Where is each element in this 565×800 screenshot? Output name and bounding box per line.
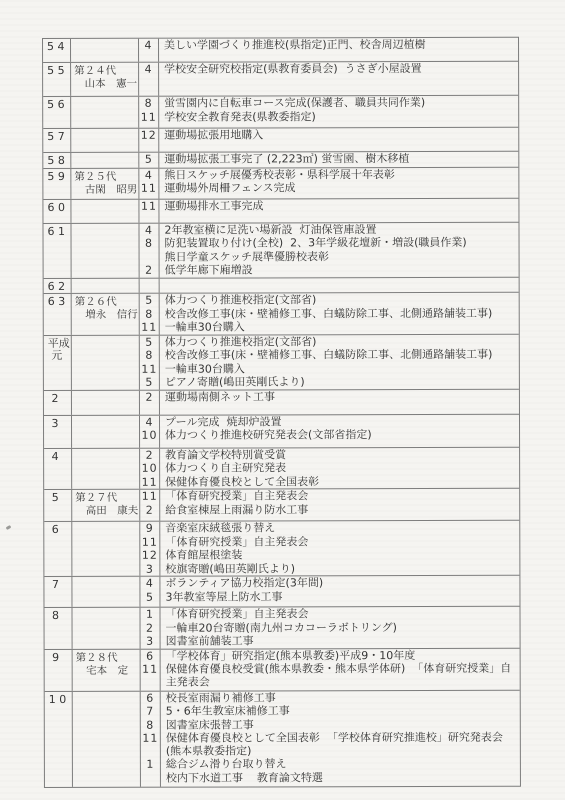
principal-cell: 第２７代 高田 康夫 (72, 490, 140, 521)
history-row: 42教育論文学校特別賞受賞10体力つくり自主研究発表11保健体育優良校として全国… (44, 447, 519, 490)
month-cell: 8 (140, 307, 159, 321)
month-cell: 7 (141, 705, 160, 719)
principal-cell: 第２４代 山本 憲一 (71, 63, 139, 96)
event-text: 運動場排水工事完成 (158, 198, 518, 212)
event-text: 熊日学童スケッチ展準優勝校表彰 (159, 249, 519, 263)
month-cell: 8 (139, 97, 158, 111)
history-row: 5 44美しい学園づくり推進校(県指定)正門、校舎周辺植樹 (43, 38, 518, 63)
month-cell: 4 (139, 39, 158, 53)
event-text: 「体育研究授業」自主発表会 (159, 534, 519, 548)
event-text: 防犯装置取り付け(全校) 2、3年学級花壇新・増設(職員作業) (159, 236, 519, 250)
history-row: 5 5第２４代 山本 憲一4学校安全研究校指定(県教育委員会) うさぎ小屋設置 (43, 62, 518, 97)
month-cell: 2 (140, 448, 159, 462)
principal-cell (71, 39, 139, 62)
event-text: 校舎改修工事(床・壁補修工事、白蟻防除工事、北側通路舗装工事) (159, 348, 519, 362)
event-text: 「体育研究授業」自主発表会 (159, 607, 519, 621)
principal-cell (72, 608, 140, 649)
entries-cell: 4プール完成 焼却炉設置10体力つくり推進校研究発表会(文部省指定) (140, 414, 519, 447)
month-cell: 11 (140, 321, 159, 335)
principal-cell: 第２８代 宅本 定 (73, 649, 141, 690)
year-cell: 5 6 (43, 97, 71, 128)
year-cell: 6 1 (43, 223, 71, 277)
event-text: 保健体育優良校受賞(熊本県教委・熊本県学体研) 「体育研究授業」自主発表会 (160, 662, 520, 689)
event-text: 保健体育優良校として全国表彰 「学校体育研究推進校」研究発表会(熊本県教委指定) (160, 731, 520, 758)
history-row: 5第２７代 高田 康夫11「体育研究授業」自主発表会2給食室棟屋上雨漏り防水工事 (44, 489, 519, 522)
entries-cell: 6校長室雨漏り補修工事75・6年生教室床補修工事8図書室床張替工事11保健体育優… (141, 690, 520, 786)
history-row: 9第２８代 宅本 定6「学校体育」研究指定(熊本県教委)平成9・10年度11保健… (45, 648, 520, 691)
history-row: 34プール完成 焼却炉設置10体力つくり推進校研究発表会(文部省指定) (44, 414, 519, 448)
year-cell: 4 (44, 448, 72, 489)
history-row: 74ボランティア協力校指定(3年間)53年教室等屋上防水工事 (44, 576, 519, 608)
principal-cell (72, 335, 140, 389)
entries-cell: 5体力つくり推進校指定(文部省)8校舎改修工事(床・壁補修工事、白蟻防除工事、北… (140, 293, 519, 334)
entries-cell: 4ボランティア協力校指定(3年間)53年教室等屋上防水工事 (140, 576, 519, 607)
entries-cell: 4美しい学園づくり推進校(県指定)正門、校舎周辺植樹 (139, 38, 518, 62)
year-cell: 2 (44, 390, 72, 414)
month-cell: 11 (141, 663, 160, 689)
history-row: 6 142年教室横に足洗い場新設 灯油保管庫設置8防犯装置取り付け(全校) 2、… (43, 222, 518, 278)
entries-cell: 5運動場拡張工事完了 (2,223㎡) 蛍雪園、樹木移植 (139, 152, 518, 167)
month-cell: 11 (139, 182, 158, 196)
year-cell: 6 3 (44, 294, 72, 335)
event-text: 音楽室床絨毯張り替え (159, 521, 519, 535)
year-cell: 6 2 (44, 278, 72, 293)
entries-cell: 2教育論文学校特別賞受賞10体力つくり自主研究発表11保健体育優良校として全国表… (140, 447, 519, 488)
year-cell: 5 8 (43, 153, 71, 168)
principal-cell (71, 129, 139, 152)
event-text: 3年教室等屋上防水工事 (159, 589, 519, 603)
event-text: 一輪車30台購入 (159, 361, 519, 375)
event-text: 学校安全教育発表(県教委指定) (158, 109, 518, 123)
scanned-page: 5 44美しい学園づくり推進校(県指定)正門、校舎周辺植樹5 5第２４代 山本 … (0, 0, 565, 800)
entries-cell: 11運動場排水工事完成 (139, 198, 518, 222)
principal-cell (72, 448, 140, 489)
month-cell: 3 (141, 635, 160, 649)
event-text: 校長室雨漏り補修工事 (160, 690, 520, 704)
event-text: 体力つくり推進校指定(文部省) (159, 293, 519, 307)
month-cell: 2 (141, 621, 160, 635)
month-cell: 2 (140, 390, 159, 404)
entries-cell: 5体力つくり推進校指定(文部省)8校舎改修工事(床・壁補修工事、白蟻防除工事、北… (140, 334, 519, 389)
month-cell: 11 (140, 475, 159, 489)
month-cell: 8 (141, 718, 160, 732)
history-row: 22運動場南側ネット工事 (44, 389, 519, 415)
principal-cell (71, 153, 139, 168)
month-cell: 4 (140, 577, 159, 591)
month-cell: 6 (141, 649, 160, 663)
event-text: 体力つくり自主研究発表 (159, 461, 519, 475)
month-cell: 5 (140, 376, 159, 390)
month-cell: 11 (141, 732, 160, 758)
history-row: 5 85運動場拡張工事完了 (2,223㎡) 蛍雪園、樹木移植 (43, 152, 518, 169)
month-cell: 11 (139, 110, 158, 124)
event-text: 運動場拡張工事完了 (2,223㎡) 蛍雪園、樹木移植 (158, 152, 518, 166)
month-cell: 10 (140, 462, 159, 476)
month-cell: 10 (140, 429, 159, 443)
month-cell: 11 (140, 490, 159, 504)
event-text: 5・6年生教室床補修工事 (160, 704, 520, 718)
entries-cell: 4学校安全研究校指定(県教育委員会) うさぎ小屋設置 (139, 62, 518, 96)
event-text: ボランティア協力校指定(3年間) (159, 576, 519, 590)
month-cell: 5 (140, 590, 159, 604)
month-cell: 1 (141, 758, 160, 772)
principal-cell (72, 577, 140, 607)
month-cell (140, 250, 159, 264)
entries-cell: 11「体育研究授業」自主発表会2給食室棟屋上雨漏り防水工事 (140, 489, 519, 521)
month-cell: 4 (139, 223, 158, 237)
event-text: 低学年廊下廂増設 (159, 263, 519, 277)
history-row: 6 011運動場排水工事完成 (43, 198, 518, 223)
entries-cell: 2運動場南側ネット工事 (140, 389, 519, 414)
month-cell: 11 (140, 535, 159, 549)
event-text: 図書室前舗装工事 (160, 634, 520, 648)
year-cell: 7 (44, 577, 72, 607)
event-text: 校旗寄贈(嶋田英剛氏より) (159, 561, 519, 575)
year-cell: 5 9 (43, 168, 71, 198)
entries-cell: 8蛍雪園内に自転車コース完成(保護者、職員共同作業)11学校安全教育発表(県教委… (139, 96, 518, 128)
month-cell: 12 (139, 129, 158, 143)
month-cell: 4 (139, 63, 158, 77)
event-text: 運動場外周柵フェンス完成 (158, 181, 518, 195)
event-text: ピアノ寄贈(嶋田英剛氏より) (159, 375, 519, 389)
year-cell: 5 4 (43, 39, 71, 62)
scan-speck (6, 525, 12, 530)
history-row: 5 68蛍雪園内に自転車コース完成(保護者、職員共同作業)11学校安全教育発表(… (43, 96, 518, 129)
event-text: 一輪車30台購入 (159, 320, 519, 334)
history-row: 1 06校長室雨漏り補修工事75・6年生教室床補修工事8図書室床張替工事11保健… (45, 690, 520, 786)
event-text: プール完成 焼却炉設置 (159, 414, 519, 428)
principal-cell (72, 522, 140, 576)
event-text: 「体育研究授業」自主発表会 (159, 489, 519, 503)
year-cell: 1 0 (45, 691, 73, 786)
year-cell: 3 (44, 415, 72, 447)
event-text: 2年教室横に足洗い場新設 灯油保管庫設置 (158, 222, 518, 236)
principal-cell (72, 390, 140, 414)
month-cell: 1 (140, 608, 159, 622)
event-text: 保健体育優良校として全国表彰 (159, 474, 519, 488)
event-text: 体育館屋根塗装 (159, 548, 519, 562)
entries-cell: 9音楽室床絨毯張り替え11「体育研究授業」自主発表会12体育館屋根塗装3校旗寄贈… (140, 521, 519, 576)
month-cell: 9 (140, 522, 159, 536)
history-row: 平成 元5体力つくり推進校指定(文部省)8校舎改修工事(床・壁補修工事、白蟻防除… (44, 334, 519, 390)
principal-cell (72, 415, 140, 447)
entries-cell: 4熊日スケッチ展優秀校表彰・県科学展十年表彰11運動場外周柵フェンス完成 (139, 167, 518, 198)
event-text: 総合ジム滑り台取り替え (160, 757, 520, 771)
month-cell: 5 (139, 153, 158, 167)
school-history-table: 5 44美しい学園づくり推進校(県指定)正門、校舎周辺植樹5 5第２４代 山本 … (42, 37, 521, 788)
entries-cell (140, 277, 519, 292)
history-row: 6 2 (44, 277, 519, 294)
month-cell: 5 (140, 294, 159, 308)
entries-cell: 1「体育研究授業」自主発表会2一輪車20台寄贈(南九州コカコーラボトリング)3図… (140, 607, 519, 648)
event-text: 図書室床張替工事 (160, 717, 520, 731)
event-text: 運動場南側ネット工事 (159, 389, 519, 403)
event-text: 学校安全研究校指定(県教育委員会) うさぎ小屋設置 (158, 62, 518, 76)
principal-cell: 第２６代 増永 信行 (72, 294, 140, 335)
month-cell: 12 (140, 549, 159, 563)
table-wrapper: 5 44美しい学園づくり推進校(県指定)正門、校舎周辺植樹5 5第２４代 山本 … (42, 37, 521, 788)
month-cell: 11 (140, 362, 159, 376)
year-cell: 8 (44, 608, 72, 649)
entries-cell: 42年教室横に足洗い場新設 灯油保管庫設置8防犯装置取り付け(全校) 2、3年学… (139, 222, 518, 277)
event-text: 体力つくり推進校指定(文部省) (159, 334, 519, 348)
event-text: 校舎改修工事(床・壁補修工事、白蟻防除工事、北側通路舗装工事) (159, 306, 519, 320)
month-cell: 4 (139, 168, 158, 182)
month-cell: 8 (140, 349, 159, 363)
month-cell: 3 (140, 562, 159, 576)
year-cell: 5 (44, 490, 72, 521)
entries-cell: 12運動場拡張用地購入 (139, 128, 518, 152)
principal-cell (72, 278, 140, 293)
year-cell: 5 7 (43, 129, 71, 152)
event-text: 給食室棟屋上雨漏り防水工事 (159, 502, 519, 516)
year-cell: 9 (45, 649, 73, 690)
event-text: 体力つくり推進校研究発表会(文部省指定) (159, 428, 519, 442)
history-row: 5 9第２５代 古閑 昭男4熊日スケッチ展優秀校表彰・県科学展十年表彰11運動場… (43, 167, 518, 199)
month-cell: 4 (140, 415, 159, 429)
event-text: 一輪車20台寄贈(南九州コカコーラボトリング) (160, 620, 520, 634)
event-text: 蛍雪園内に自転車コース完成(保護者、職員共同作業) (158, 96, 518, 110)
event-text: 熊日スケッチ展優秀校表彰・県科学展十年表彰 (158, 167, 518, 181)
year-cell: 6 (44, 522, 72, 576)
year-cell: 6 0 (43, 199, 71, 222)
month-cell: 6 (141, 691, 160, 705)
year-cell: 平成 元 (44, 335, 72, 389)
entries-cell: 6「学校体育」研究指定(熊本県教委)平成9・10年度11保健体育優良校受賞(熊本… (141, 648, 520, 690)
event-text: 教育論文学校特別賞受賞 (159, 447, 519, 461)
event-text: 運動場拡張用地購入 (158, 128, 518, 142)
event-text: 校内下水道工事 教育論文特選 (160, 770, 520, 784)
month-cell: 5 (140, 335, 159, 349)
history-row: 6 3第２６代 増永 信行5体力つくり推進校指定(文部省)8校舎改修工事(床・壁… (44, 293, 519, 336)
principal-cell (73, 691, 141, 786)
event-text: 美しい学園づくり推進校(県指定)正門、校舎周辺植樹 (158, 38, 518, 52)
principal-cell: 第２５代 古閑 昭男 (71, 168, 139, 198)
month-cell: 2 (140, 503, 159, 517)
month-cell: 8 (140, 237, 159, 251)
year-cell: 5 5 (43, 63, 71, 96)
event-text: 「学校体育」研究指定(熊本県教委)平成9・10年度 (160, 648, 520, 662)
history-row: 5 712運動場拡張用地購入 (43, 128, 518, 153)
principal-cell (71, 97, 139, 128)
history-row: 69音楽室床絨毯張り替え11「体育研究授業」自主発表会12体育館屋根塗装3校旗寄… (44, 521, 519, 577)
month-cell: 2 (140, 264, 159, 278)
history-row: 81「体育研究授業」自主発表会2一輪車20台寄贈(南九州コカコーラボトリング)3… (44, 607, 519, 650)
principal-cell (71, 223, 139, 277)
principal-cell (71, 199, 139, 222)
month-cell (141, 771, 160, 785)
month-cell: 11 (139, 199, 158, 213)
